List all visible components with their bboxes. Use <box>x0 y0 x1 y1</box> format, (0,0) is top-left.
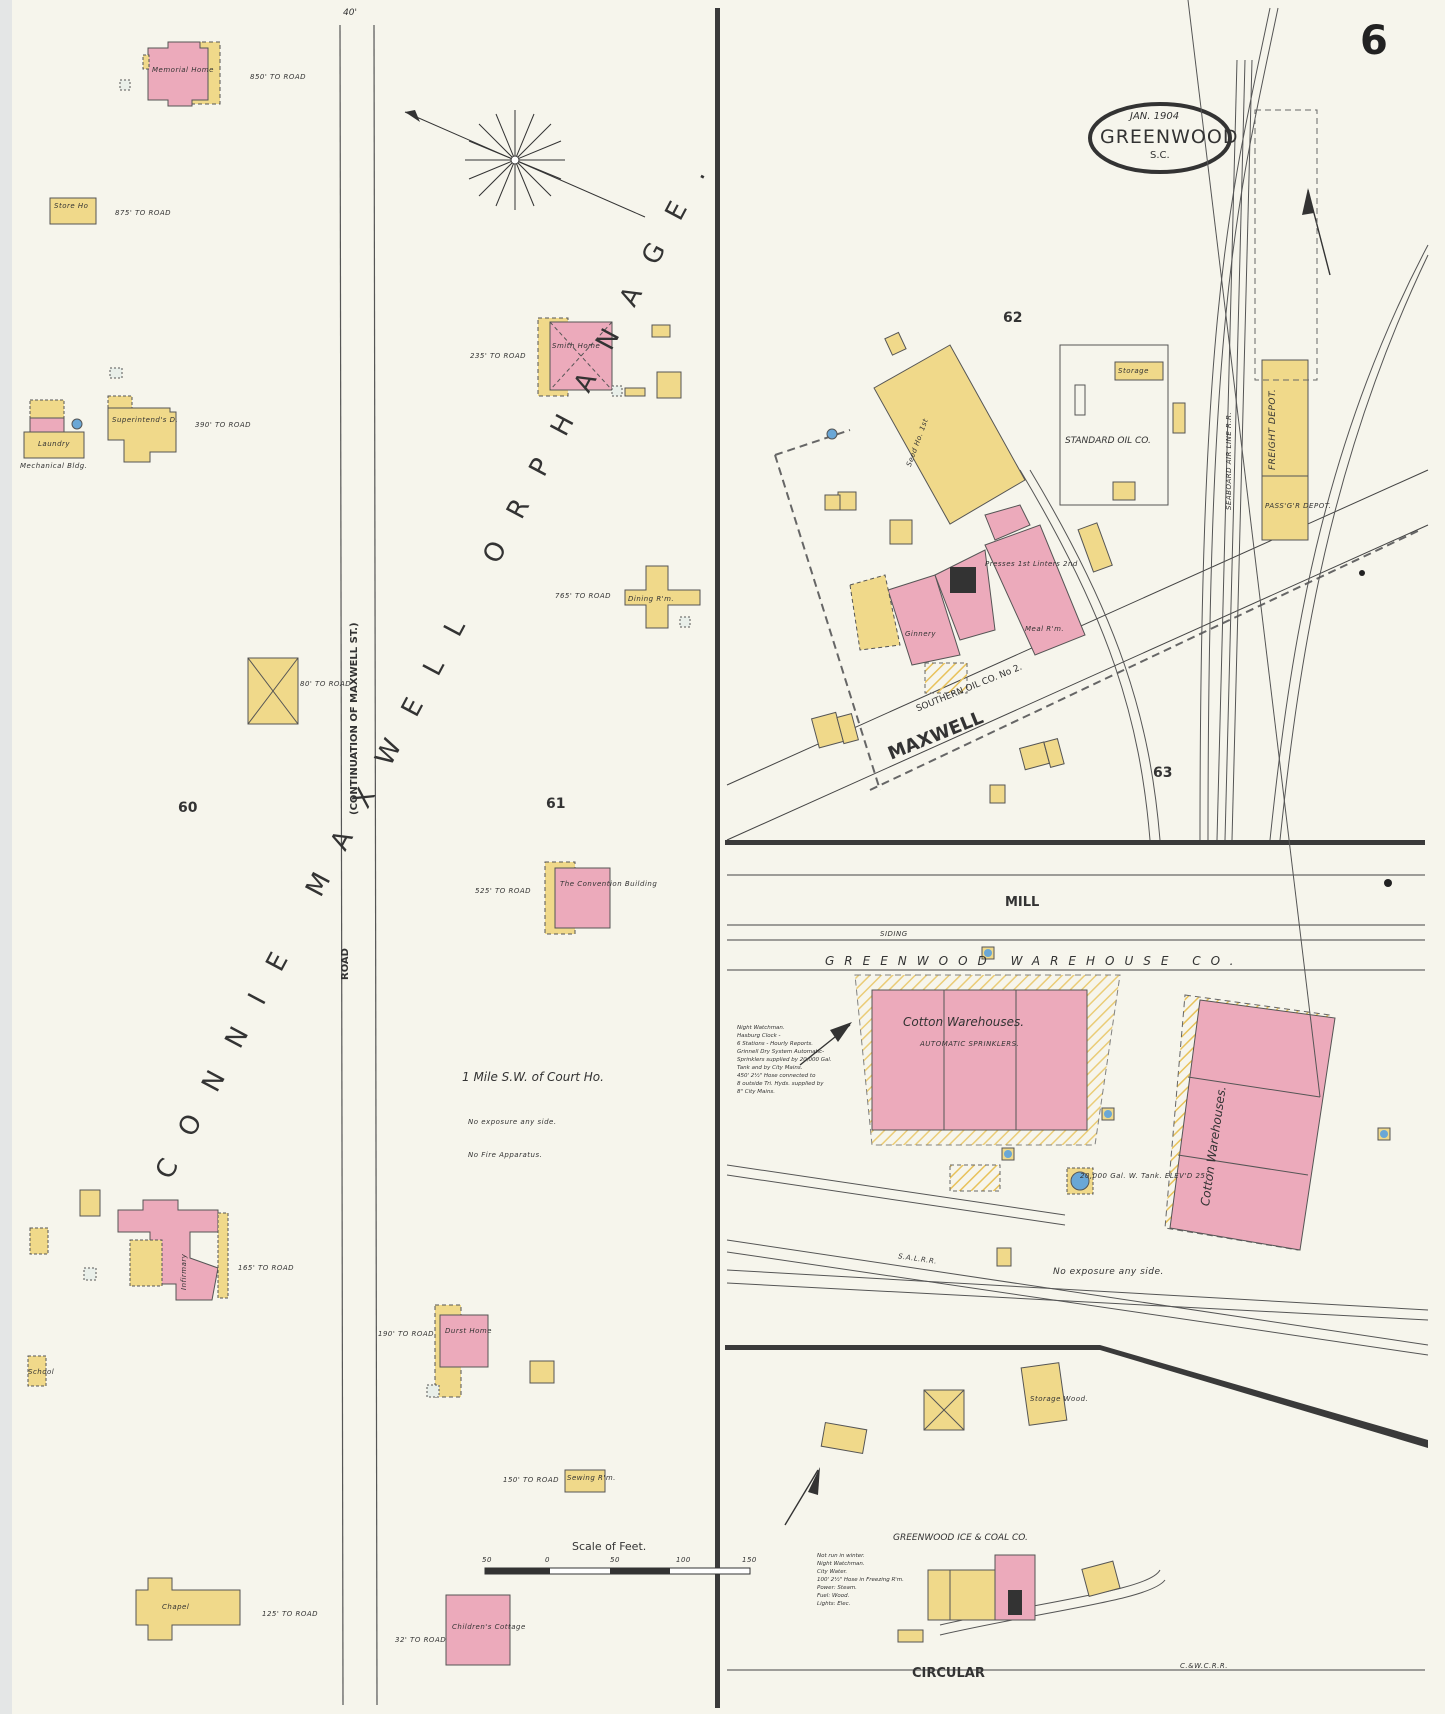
page-number: 6 <box>1360 18 1388 64</box>
laundry-label: Laundry <box>38 440 70 448</box>
meal-room-label: Meal R'm. <box>1025 625 1064 633</box>
map-linework <box>0 0 1445 1714</box>
scale-tick-50: 50 <box>610 1556 620 1564</box>
storage-wood-label: Storage Wood. <box>1030 1395 1088 1403</box>
block-number-61: 61 <box>546 796 565 812</box>
superintendent-note: 390' TO ROAD <box>195 421 251 429</box>
mechanical-bldg-label: Mechanical Bldg. <box>20 462 87 470</box>
scale-tick-0: 0 <box>545 1556 550 1564</box>
presses-label: Presses 1st Linters 2nd <box>985 560 1078 568</box>
ice-coal-notes: Not run in winter.Night Watchman.City Wa… <box>817 1552 904 1608</box>
chapel-note: 125' TO ROAD <box>262 1610 318 1618</box>
scale-title: Scale of Feet. <box>572 1540 646 1553</box>
warehouse-notes: Night Watchman.Hasburg Clock -6 Stations… <box>737 1008 832 1104</box>
smith-home-note: 235' TO ROAD <box>470 352 526 360</box>
standard-oil-label: STANDARD OIL CO. <box>1065 436 1151 446</box>
cotton-warehouse-1-label: Cotton Warehouses. <box>903 1015 1024 1029</box>
road-label: ROAD <box>340 948 351 980</box>
divider-horizontal-1 <box>725 840 1425 845</box>
seaboard-rr-label: SEABOARD AIR LINE R.R. <box>1225 412 1233 510</box>
orphanage-exposure: No exposure any side. <box>468 1118 557 1126</box>
block-number-62: 62 <box>1003 310 1022 326</box>
passenger-depot-label: PASS'G'R DEPOT. <box>1265 502 1331 510</box>
crossed-building-note: 80' TO ROAD <box>300 680 351 688</box>
childrens-cottage-label: Children's Cottage <box>452 1623 526 1631</box>
road-width: 40' <box>343 8 357 18</box>
cartouche-state: S.C. <box>1150 150 1170 161</box>
infirmary-note: 165' TO ROAD <box>238 1264 294 1272</box>
divider-horizontal-2 <box>725 1345 1100 1350</box>
sprinklers-label: AUTOMATIC SPRINKLERS. <box>920 1040 1019 1048</box>
mill-street-label: MILL <box>1005 895 1039 910</box>
memorial-home-note: 850' TO ROAD <box>250 73 306 81</box>
block-number-60: 60 <box>178 800 197 816</box>
ginnery-label: Ginnery <box>905 630 936 638</box>
smith-home-label: Smith Home <box>552 342 600 350</box>
orphanage-location: 1 Mile S.W. of Court Ho. <box>462 1070 604 1084</box>
durst-home-label: Durst Home <box>445 1327 492 1335</box>
block-number-63: 63 <box>1153 765 1172 781</box>
greenwood-warehouse-label: GREENWOOD WAREHOUSE CO. <box>825 954 1243 968</box>
cartouche-date: JAN. 1904 <box>1130 111 1179 122</box>
divider-vertical <box>715 8 720 1708</box>
cartouche-city: GREENWOOD <box>1100 126 1238 148</box>
orphanage-fire: No Fire Apparatus. <box>468 1151 542 1159</box>
scale-tick-150: 150 <box>742 1556 757 1564</box>
dining-note: 765' TO ROAD <box>555 592 611 600</box>
convention-building-label: The Convention Building <box>560 880 657 888</box>
compass-rose <box>405 110 645 217</box>
childrens-cottage-note: 32' TO ROAD <box>395 1636 446 1644</box>
durst-home-note: 190' TO ROAD <box>378 1330 434 1338</box>
memorial-home-label: Memorial Home <box>152 66 214 74</box>
scale-tick-50-left: 50 <box>482 1556 492 1564</box>
scale-tick-100: 100 <box>676 1556 691 1564</box>
storage-label: Storage <box>1118 367 1149 375</box>
sewing-room-label: Sewing R'm. <box>567 1474 616 1482</box>
superintendent-label: Superintend's D. <box>112 416 178 424</box>
warehouse-exposure-label: No exposure any side. <box>1053 1267 1164 1277</box>
store-label: Store Ho <box>54 202 88 210</box>
dining-label: Dining R'm. <box>628 595 674 603</box>
infirmary-label: Infirmary <box>180 1254 188 1290</box>
store-note: 875' TO ROAD <box>115 209 171 217</box>
chapel-label: Chapel <box>162 1603 189 1611</box>
convention-building-note: 525' TO ROAD <box>475 887 531 895</box>
ice-coal-label: GREENWOOD ICE & COAL CO. <box>893 1533 1028 1543</box>
tank-label: 20,000 Gal. W. Tank. ELEV'D 25' <box>1080 1172 1208 1180</box>
circular-street-label: CIRCULAR <box>912 1666 985 1681</box>
siding-label: SIDING <box>880 930 908 938</box>
cwc-rr-label: C.&W.C.R.R. <box>1180 1662 1228 1670</box>
sewing-room-note: 150' TO ROAD <box>503 1476 559 1484</box>
school-label: School <box>28 1368 54 1376</box>
freight-depot-label: FREIGHT DEPOT. <box>1268 389 1278 470</box>
